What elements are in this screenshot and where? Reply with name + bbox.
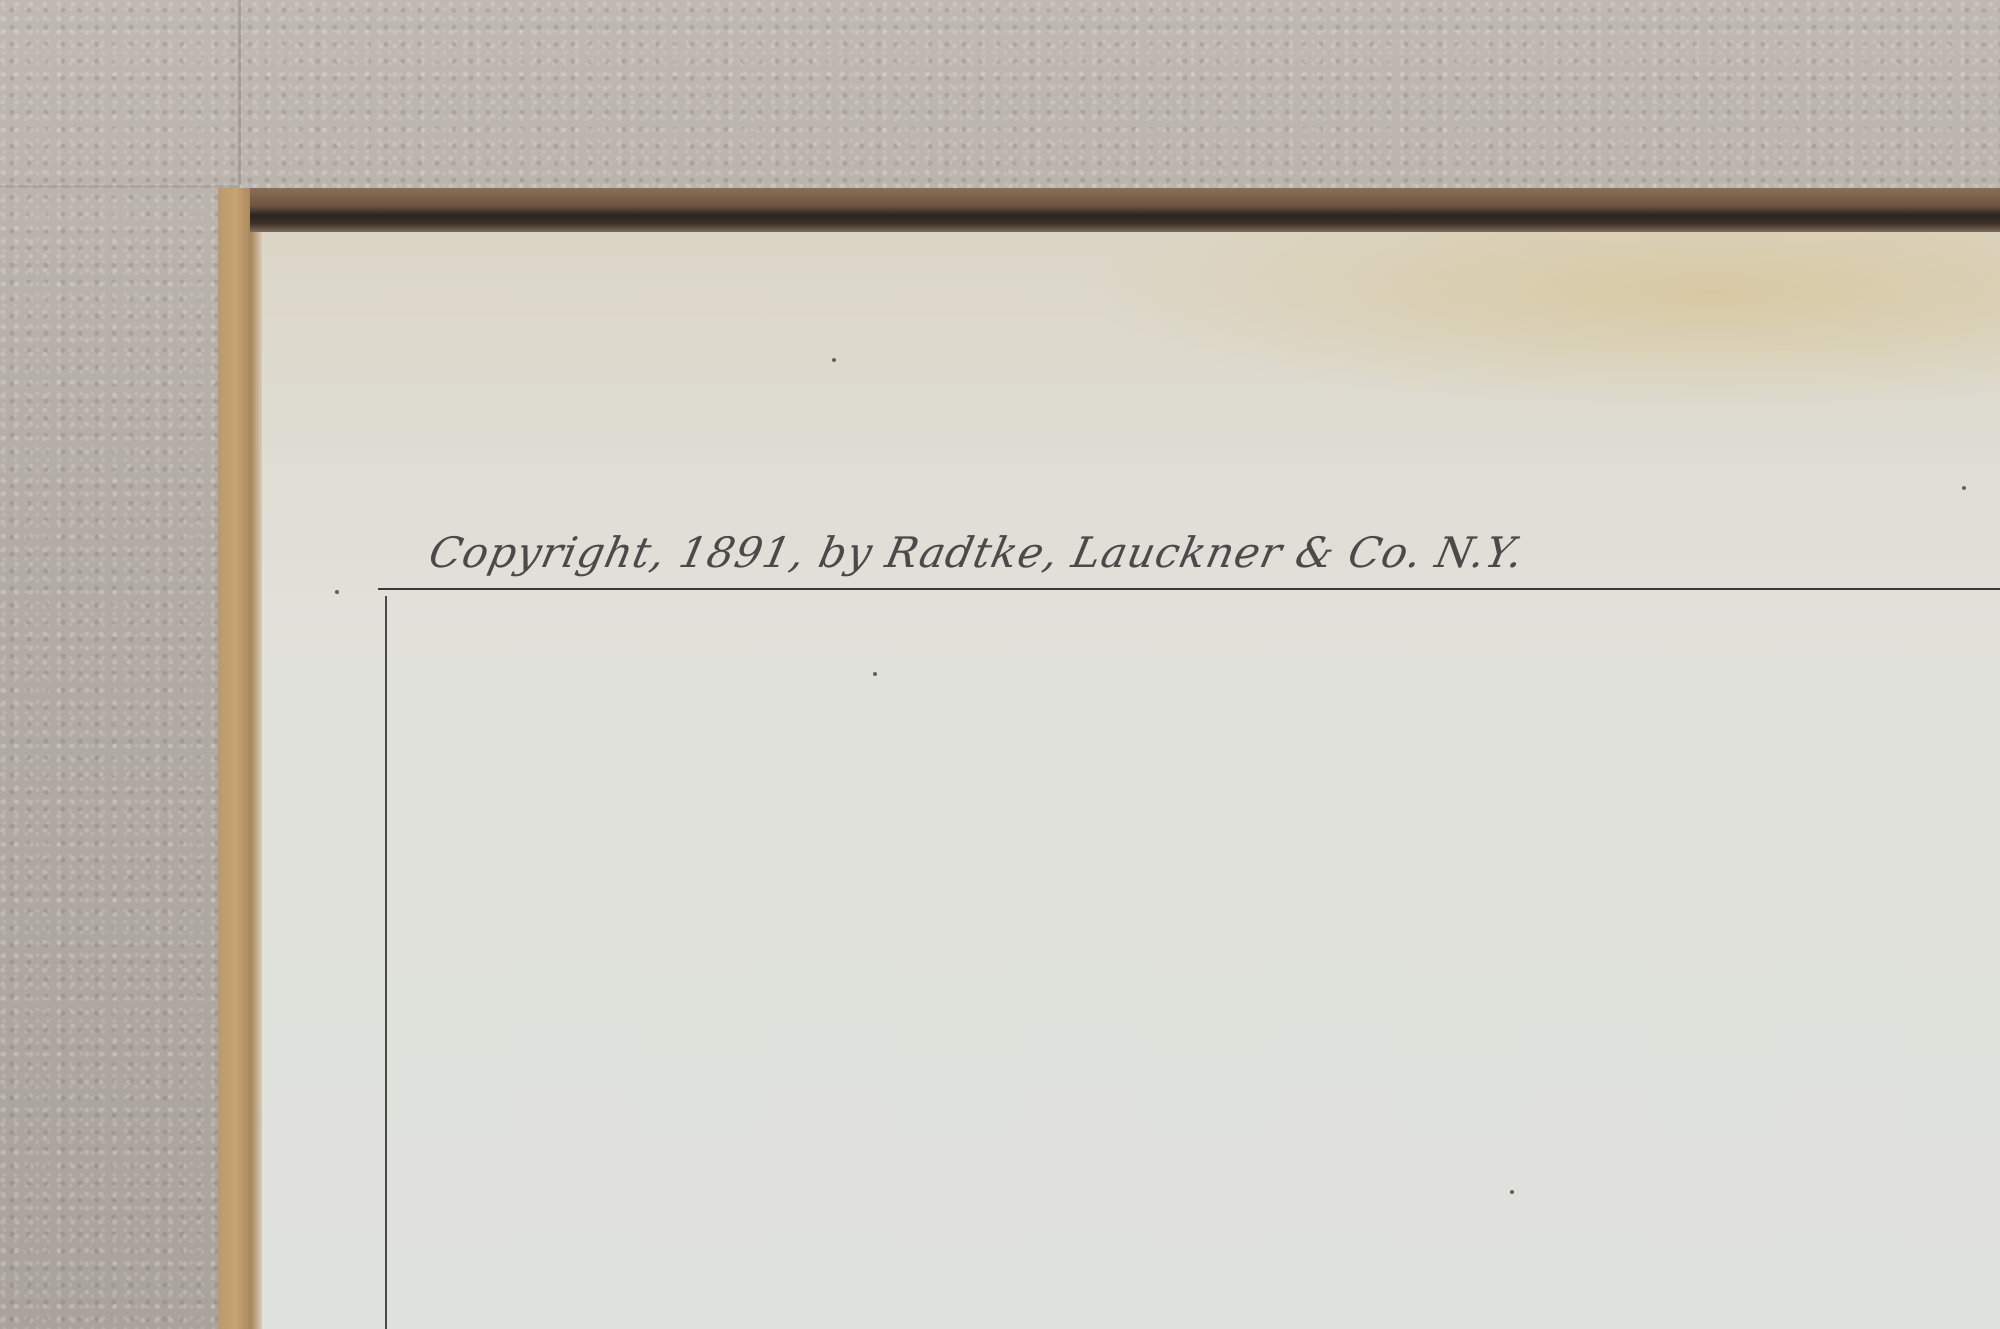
copyright-inscription: Copyright, 1891, by Radtke, Lauckner & C… [425, 528, 1529, 577]
plate-border-left [385, 596, 387, 1329]
paper-speck [335, 590, 339, 594]
plate-border-top [378, 588, 2000, 590]
paper-speck [1962, 486, 1966, 490]
frame-bevel-left [218, 188, 262, 1329]
paper-speck [1510, 1190, 1514, 1194]
print-paper [262, 232, 2000, 1329]
paper-speck [873, 672, 877, 676]
mat-seam-horizontal [0, 185, 240, 188]
frame-bevel-top [250, 188, 2000, 232]
mat-seam [238, 0, 241, 185]
paper-speck [832, 358, 836, 362]
